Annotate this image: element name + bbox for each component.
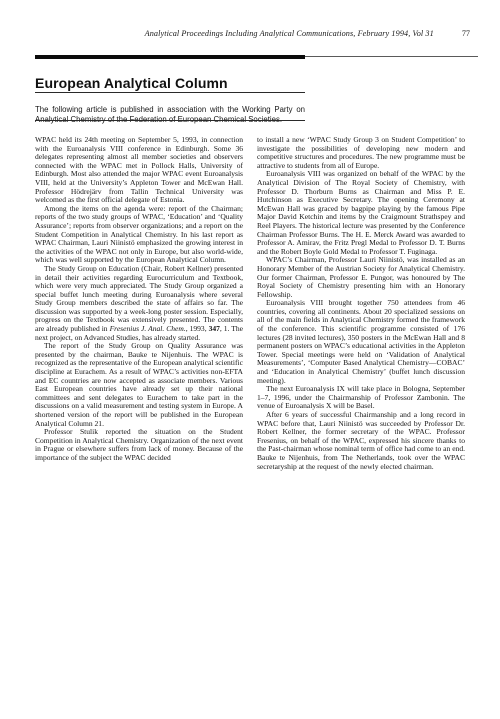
paragraph: The Study Group on Education (Chair, Rob… — [35, 265, 243, 342]
paragraph: WPAC’s Chairman, Professor Lauri Niinist… — [257, 256, 465, 299]
header-rule-thick-segment — [35, 55, 305, 59]
paragraph: Euroanalysis VIII was organized on behal… — [257, 170, 465, 256]
column-right: to install a new ‘WPAC Study Group 3 on … — [257, 136, 465, 471]
journal-page: Analytical Proceedings Including Analyti… — [0, 0, 500, 719]
rule-above-note — [35, 92, 305, 93]
paragraph: Euroanalysis VIII brought together 750 a… — [257, 299, 465, 385]
body-text-run: Professor Stulik reported the situation … — [35, 427, 243, 462]
header-rule-thin-segment — [305, 56, 478, 58]
column-left: WPAC held its 24th meeting on September … — [35, 136, 243, 471]
body-text-run: WPAC held its 24th meeting on September … — [35, 135, 243, 204]
body-text-run: Among the items on the agenda were: repo… — [35, 204, 243, 265]
running-head: Analytical Proceedings Including Analyti… — [35, 29, 470, 38]
body-text-run: The report of the Study Group on Quality… — [35, 341, 243, 427]
journal-title-line: Analytical Proceedings Including Analyti… — [145, 29, 434, 38]
paragraph: Among the items on the agenda were: repo… — [35, 205, 243, 265]
body-text-run: The Study Group on Education (Chair, Rob… — [35, 264, 243, 333]
body-text-run: The next Euroanalysis IX will take place… — [257, 384, 465, 410]
paragraph: Professor Stulik reported the situation … — [35, 428, 243, 462]
body-text-run: Euroanalysis VIII brought together 750 a… — [257, 298, 465, 384]
body-text-run: Euroanalysis VIII was organized on behal… — [257, 169, 465, 255]
body-text-run: WPAC’s Chairman, Professor Lauri Niinist… — [257, 255, 465, 298]
paragraph: to install a new ‘WPAC Study Group 3 on … — [257, 136, 465, 170]
paragraph: The next Euroanalysis IX will take place… — [257, 385, 465, 411]
paragraph: After 6 years of successful Chairmanship… — [257, 411, 465, 471]
body-text-run: to install a new ‘WPAC Study Group 3 on … — [257, 135, 465, 170]
page-number: 77 — [462, 29, 470, 38]
paragraph: The report of the Study Group on Quality… — [35, 342, 243, 428]
header-rule — [35, 55, 478, 59]
paragraph: WPAC held its 24th meeting on September … — [35, 136, 243, 205]
article-body: WPAC held its 24th meeting on September … — [35, 136, 465, 471]
article-title: European Analytical Column — [35, 75, 228, 91]
association-note: The following article is published in as… — [35, 105, 305, 125]
bold-volume-number: 347 — [209, 324, 220, 333]
body-text-run: After 6 years of successful Chairmanship… — [257, 410, 465, 471]
rule-below-note — [35, 120, 305, 121]
